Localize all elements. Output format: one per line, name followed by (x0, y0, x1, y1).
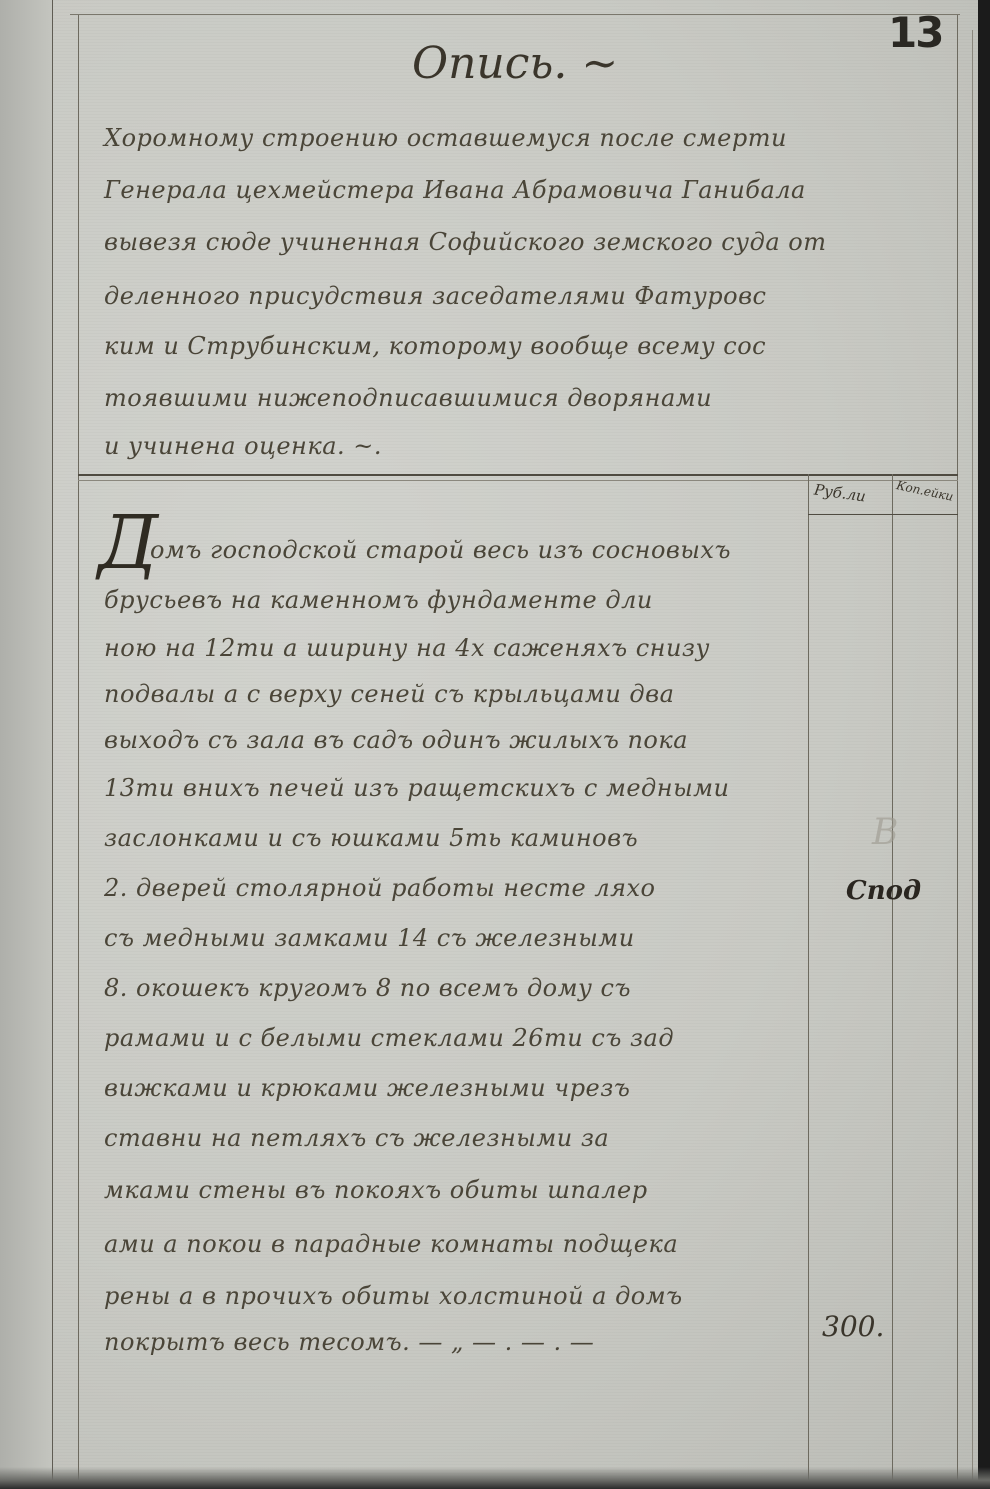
section-divider-thin (78, 480, 958, 481)
section-divider (78, 474, 958, 476)
kopecks-column-rule (892, 474, 893, 1489)
preamble-line: Генерала цехмейстера Ивана Абрамовича Га… (104, 176, 806, 204)
rubles-column-rule (808, 474, 809, 1489)
entry-line: покрытъ весь тесомъ. — „ — . — . — (104, 1328, 594, 1356)
preamble-line: и учинена оценка. ~. (104, 432, 382, 460)
entry-line: выходъ съ зала въ садъ одинъ жилыхъ пока (104, 726, 688, 754)
preamble-line: Хоромному строению оставшемуся после сме… (104, 124, 787, 152)
preamble-line: вывезя сюде учиненная Софийского земског… (104, 228, 826, 256)
preamble-line: тоявшими нижеподписавшимися дворянами (104, 384, 712, 412)
binding-shadow (0, 0, 52, 1489)
page-bottom-edge (0, 1467, 990, 1489)
entry-line: 13ти внихъ печей изъ ращетскихъ с медным… (104, 774, 729, 802)
page-edge (978, 0, 990, 1489)
entry-line: рамами и с белыми стеклами 26ти съ зад (104, 1024, 674, 1052)
top-rule (70, 14, 960, 15)
entry-line: рены а в прочихъ обиты холстиной а домъ (104, 1282, 683, 1310)
entry-line: ставни на петляхъ съ железными за (104, 1124, 609, 1152)
entry-line: омъ господской старой весь изъ сосновыхъ (150, 536, 731, 564)
page-title: Опись. ~ (412, 38, 618, 89)
title-text: Опись. (412, 38, 567, 89)
entry-line: вижками и крюками железными чрезъ (104, 1074, 630, 1102)
folio-number: 13 (888, 8, 942, 57)
left-margin-rule (78, 14, 79, 1489)
column-header-rule (808, 514, 958, 515)
preamble-line: ким и Струбинским, которому вообще всему… (104, 332, 766, 360)
entry-line: ною на 12ти а ширину на 4х саженяхъ сниз… (104, 634, 710, 662)
entry-line: ами а покои в парадные комнаты подщека (104, 1230, 678, 1258)
right-outer-rule (972, 30, 973, 1485)
entry-line: 2. дверей столярной работы несте ляхо (104, 874, 656, 902)
entry-line: 8. окошекъ кругомъ 8 по всемъ дому съ (104, 974, 631, 1002)
binding-rule (52, 0, 53, 1489)
entry-line: подвалы а с верху сеней съ крыльцами два (104, 680, 674, 708)
rubles-amount: 300. (822, 1310, 884, 1343)
entry-line: брусьевъ на каменномъ фундаменте дли (104, 586, 653, 614)
faded-mark: В (872, 812, 898, 853)
entry-line: съ медными замками 14 съ железными (104, 924, 635, 952)
entry-line: заслонками и съ юшками 5ть каминовъ (104, 824, 638, 852)
right-margin-rule (957, 14, 958, 1484)
preamble-line: деленного присудствия заседателями Фатур… (104, 282, 766, 310)
title-flourish: ~ (581, 38, 618, 89)
entry-line: мками стены въ покояхъ обиты шпалер (104, 1176, 648, 1204)
margin-note: Спод (846, 876, 921, 906)
